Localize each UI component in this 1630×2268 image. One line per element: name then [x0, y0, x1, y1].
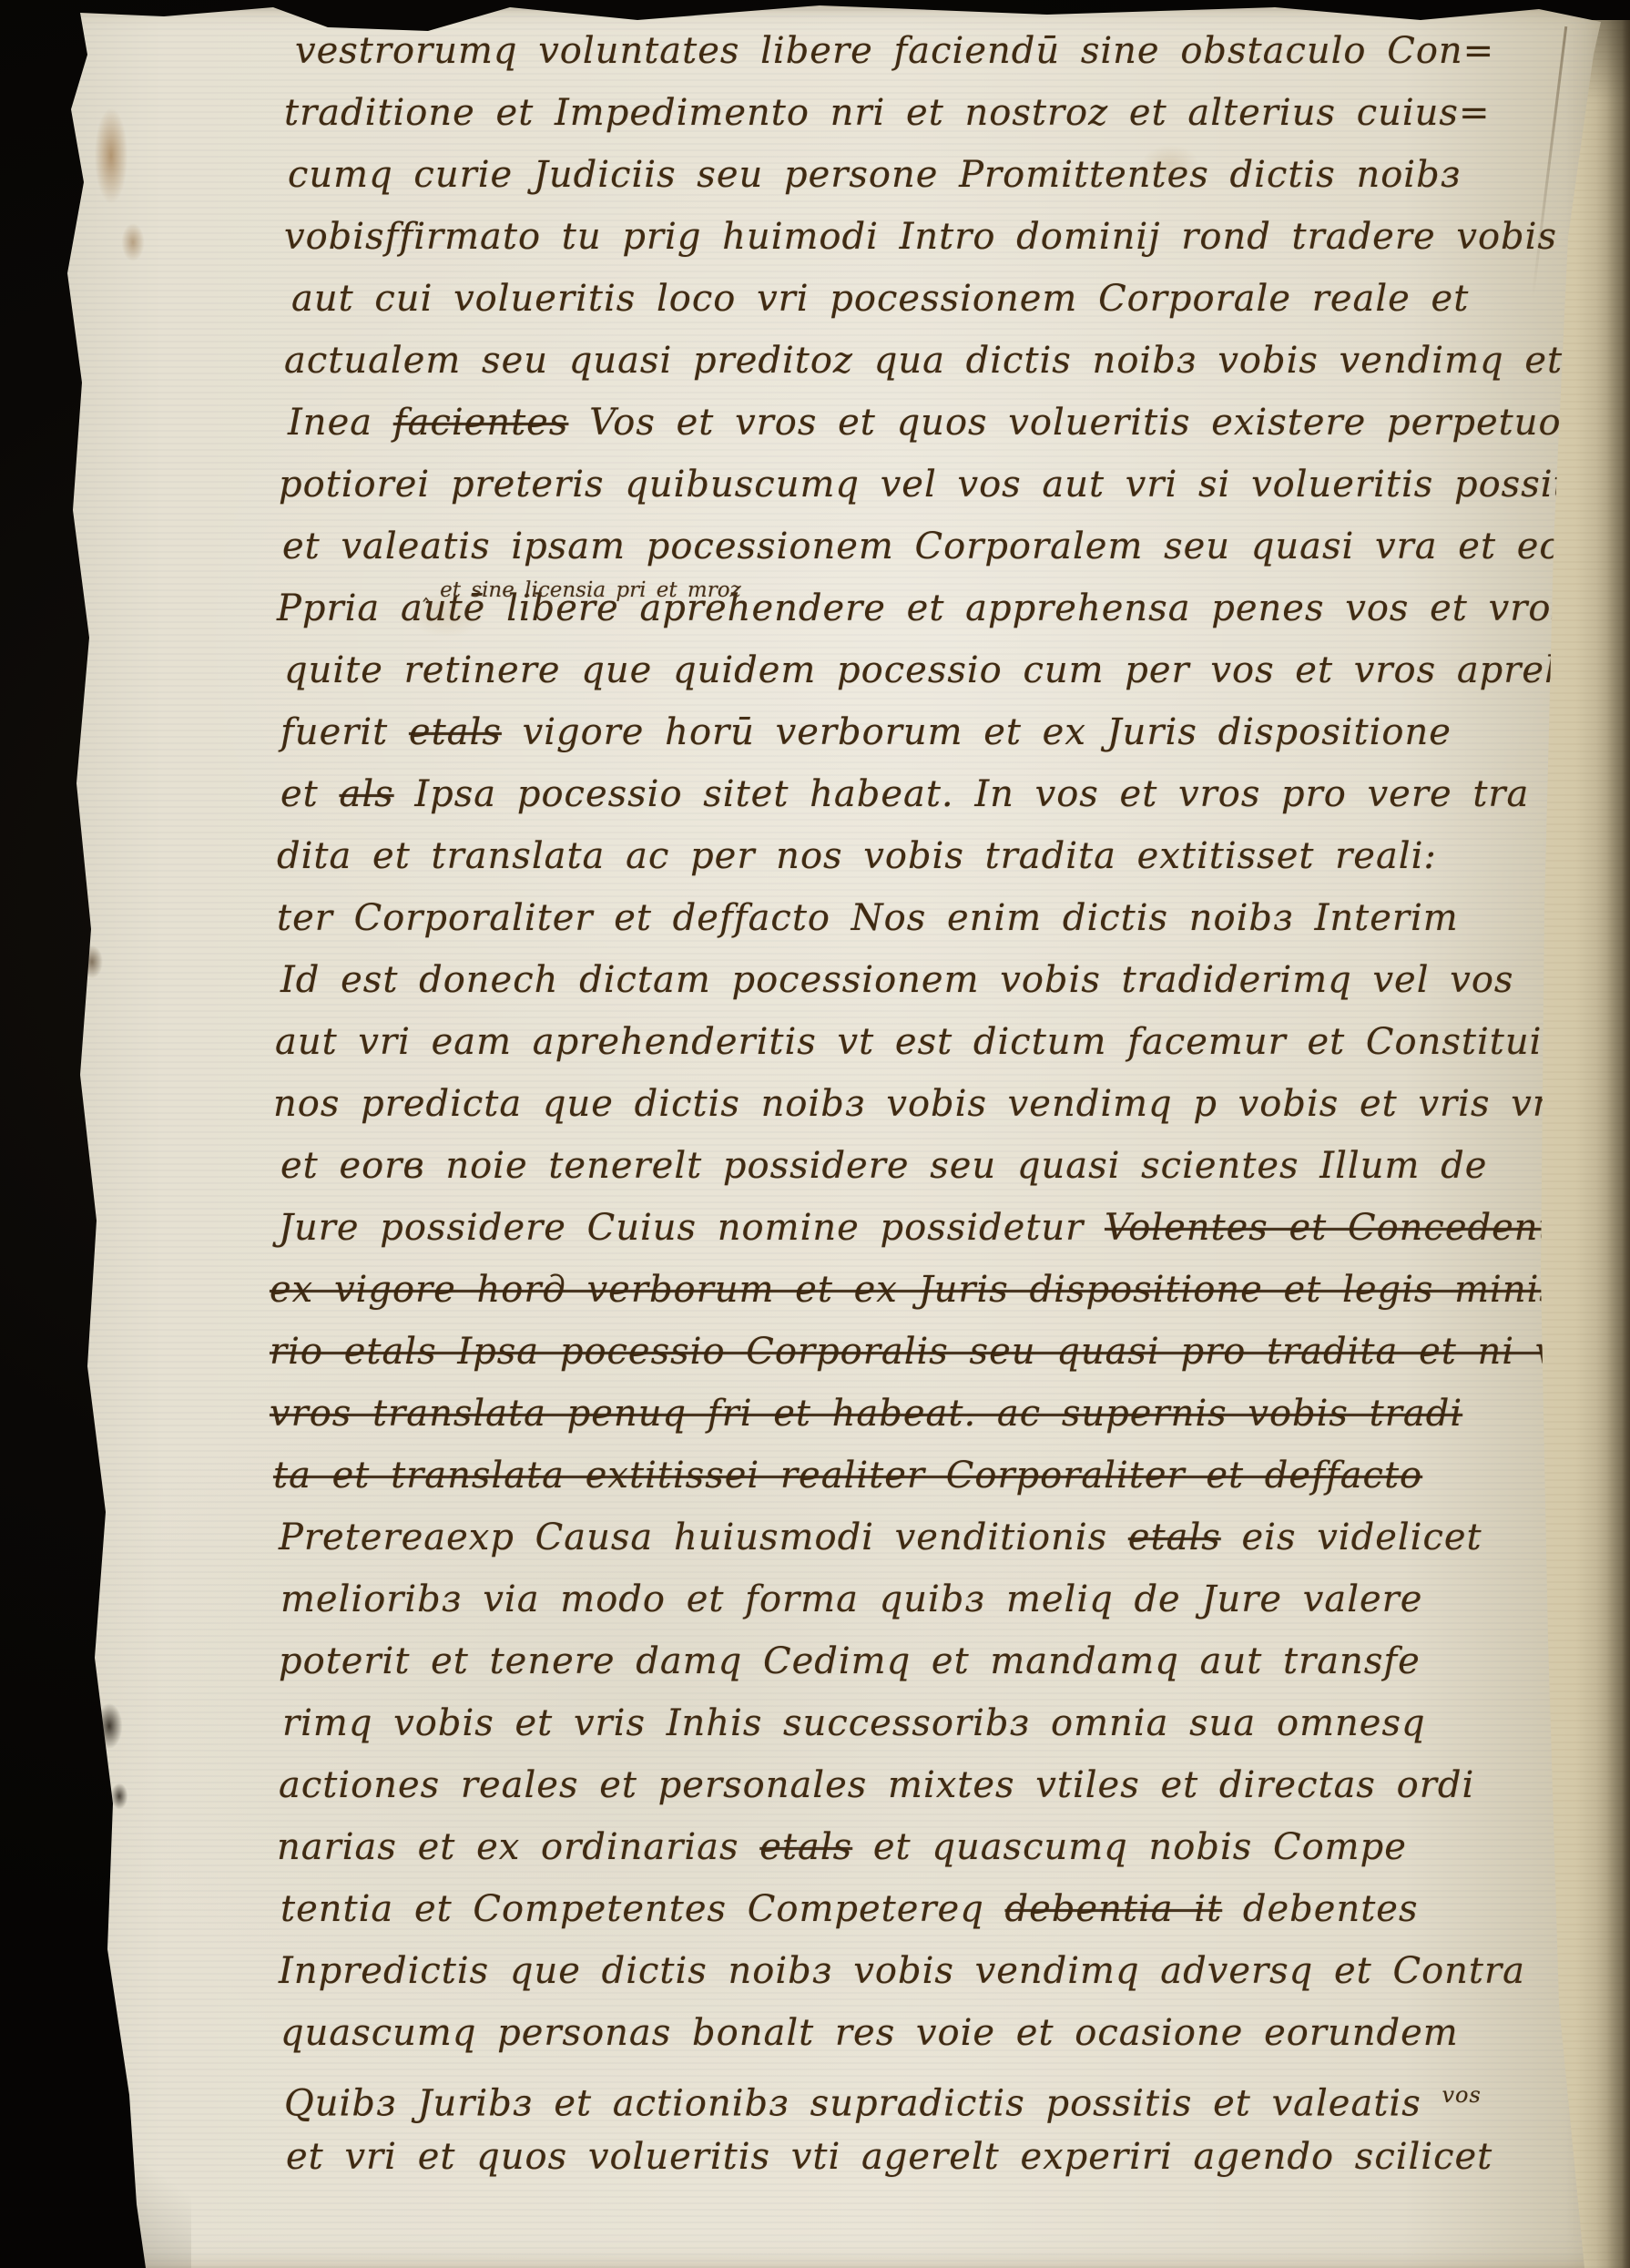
text-run: ta et translata extitissei realiter Corp… [273, 1455, 1422, 1497]
text-run: rimq vobis et vris Inhis successoribз om… [282, 1702, 1426, 1744]
text-run: vobisffirmato tu prig huimodi Intro domi… [284, 216, 1557, 258]
text-line: quascumq personas bonalt res voie et oca… [280, 2009, 1459, 2057]
text-line: Pretereaexp Causa huiusmodi venditionis … [279, 1514, 1482, 1561]
text-run: etals [409, 711, 502, 753]
text-line: cumq curie Judiciis seu persone Promitte… [288, 151, 1462, 199]
text-line: actiones reales et personales mixtes vti… [279, 1762, 1474, 1809]
text-run: actiones reales et personales mixtes vti… [279, 1764, 1474, 1806]
text-run: eis videlicet [1221, 1517, 1482, 1558]
text-line: quite retinere que quidem pocessio cum p… [284, 647, 1630, 694]
text-run: Pretereaexp Causa huiusmodi venditionis [279, 1517, 1128, 1558]
text-line: vobisffirmato tu prig huimodi Intro domi… [284, 213, 1557, 261]
text-line: rimq vobis et vris Inhis successoribз om… [282, 1700, 1426, 1747]
text-line: Ppria autē libere aprehendere et apprehe… [277, 585, 1571, 632]
text-line: Quibз Juribз et actionibз supradictis po… [284, 2071, 1482, 2127]
text-run: dita et translata ac per nos vobis tradi… [277, 835, 1437, 877]
text-run: et vri et quos volueritis vti agerelt ex… [286, 2136, 1492, 2178]
text-run: cumq curie Judiciis seu persone Promitte… [288, 154, 1462, 196]
text-line: nos predicta que dictis noibз vobis vend… [273, 1080, 1598, 1128]
text-run: als [339, 773, 393, 815]
text-run: et quascumq nobis Compe [852, 1826, 1407, 1868]
text-run: Vos et vros et quos volueritis existere … [568, 402, 1561, 444]
text-line: et valeatis ipsam pocessionem Corporalem… [282, 523, 1603, 570]
text-run: actualem seu quasi preditoz qua dictis n… [284, 340, 1563, 382]
text-run: ex vigore horд verborum et ex Juris disp… [270, 1269, 1597, 1311]
text-line: et eorв noie tenerelt possidere seu quas… [280, 1142, 1487, 1190]
text-line: potiorei preteris quibuscumq vel vos aut… [279, 461, 1601, 508]
text-run: narias et ex ordinarias [277, 1826, 759, 1868]
text-run: quascumq personas bonalt res voie et oca… [280, 2012, 1459, 2054]
text-run: etals [1128, 1517, 1221, 1558]
text-run: poterit et tenere damq Cedimq et mandamq… [279, 1640, 1421, 1682]
text-run: debentia it [1005, 1888, 1223, 1930]
text-line: fuerit etals vigore horū verborum et ex … [280, 709, 1452, 756]
text-run: facientes [393, 402, 569, 444]
text-run: Inpredictis que dictis noibз vobis vendi… [279, 1950, 1525, 1992]
manuscript-photo: vestrorumq voluntates libere faciendū si… [0, 0, 1630, 2268]
text-run: traditione et Impedimento nri et nostroz… [284, 92, 1490, 134]
text-line: Jure possidere Cuius nomine possidetur V… [279, 1204, 1596, 1251]
text-line: dita et translata ac per nos vobis tradi… [277, 833, 1437, 880]
text-run: etals [759, 1826, 852, 1868]
text-line: vestrorumq voluntates libere faciendū si… [295, 27, 1494, 75]
text-run: vigore horū verborum et ex Juris disposi… [502, 711, 1452, 753]
text-line: et als Ipsa pocessio sitet habeat. In vo… [280, 771, 1529, 818]
text-run: ter Corporaliter et deffacto Nos enim di… [277, 897, 1459, 939]
text-run: aut cui volueritis loco vri pocessionem … [291, 278, 1469, 320]
text-line: ex vigore horд verborum et ex Juris disp… [270, 1266, 1597, 1313]
text-line: aut vri eam aprehenderitis vt est dictum… [275, 1018, 1602, 1066]
text-run: Quibз Juribз et actionibз supradictis po… [284, 2082, 1442, 2124]
manuscript-page: vestrorumq voluntates libere faciendū si… [0, 0, 1630, 2268]
interlinear-insertion: ‸ et sine licensia pri et mroz [423, 567, 741, 614]
text-run: et valeatis ipsam pocessionem Corporalem… [282, 526, 1603, 567]
text-line: aut cui volueritis loco vri pocessionem … [291, 275, 1469, 322]
text-run: Ipsa pocessio sitet habeat. In vos et vr… [394, 773, 1530, 815]
text-run: vros translata penuq fri et habeat. ac s… [270, 1393, 1462, 1435]
text-run: Jure possidere Cuius nomine possidetur [279, 1207, 1105, 1249]
text-run: debentes [1222, 1888, 1418, 1930]
text-run: Id est donech dictam pocessionem vobis t… [280, 959, 1513, 1001]
text-run: vestrorumq voluntates libere faciendū si… [295, 30, 1494, 72]
text-line: et vri et quos volueritis vti agerelt ex… [286, 2133, 1492, 2181]
text-line: rio etals Ipsa pocessio Corporalis seu q… [270, 1328, 1630, 1375]
manuscript-text: vestrorumq voluntates libere faciendū si… [0, 0, 1630, 2268]
text-run: Inea [288, 402, 393, 444]
text-run: melioribз via modo et forma quibз meliq … [280, 1578, 1422, 1620]
text-line: ter Corporaliter et deffacto Nos enim di… [277, 894, 1459, 942]
text-run: aut vri eam aprehenderitis vt est dictum… [275, 1021, 1602, 1063]
text-line: melioribз via modo et forma quibз meliq … [280, 1576, 1422, 1623]
text-line: traditione et Impedimento nri et nostroz… [284, 89, 1490, 137]
text-run: Volentes et Concedentes [1105, 1207, 1596, 1249]
text-line: narias et ex ordinarias etals et quascum… [277, 1824, 1407, 1871]
text-line: ta et translata extitissei realiter Corp… [273, 1452, 1422, 1499]
text-run: et eorв noie tenerelt possidere seu quas… [280, 1145, 1487, 1187]
text-line: Inpredictis que dictis noibз vobis vendi… [279, 1947, 1525, 1995]
text-run: et [280, 773, 339, 815]
text-run: tentia et Competentes Competereq [280, 1888, 1005, 1930]
text-line: Inea facientes Vos et vros et quos volue… [288, 399, 1562, 446]
text-run: quite retinere que quidem pocessio cum p… [284, 649, 1630, 691]
text-line: actualem seu quasi preditoz qua dictis n… [284, 337, 1563, 384]
text-run: nos predicta que dictis noibз vobis vend… [273, 1083, 1598, 1125]
text-run: rio etals Ipsa pocessio Corporalis seu q… [270, 1331, 1630, 1373]
text-line: Id est donech dictam pocessionem vobis t… [280, 956, 1513, 1004]
text-run: fuerit [280, 711, 409, 753]
text-run: vos [1442, 2082, 1481, 2108]
text-line: vros translata penuq fri et habeat. ac s… [270, 1390, 1462, 1437]
text-line: poterit et tenere damq Cedimq et mandamq… [279, 1638, 1421, 1685]
text-run: potiorei preteris quibuscumq vel vos aut… [279, 464, 1601, 506]
text-line: tentia et Competentes Competereq debenti… [280, 1885, 1418, 1933]
